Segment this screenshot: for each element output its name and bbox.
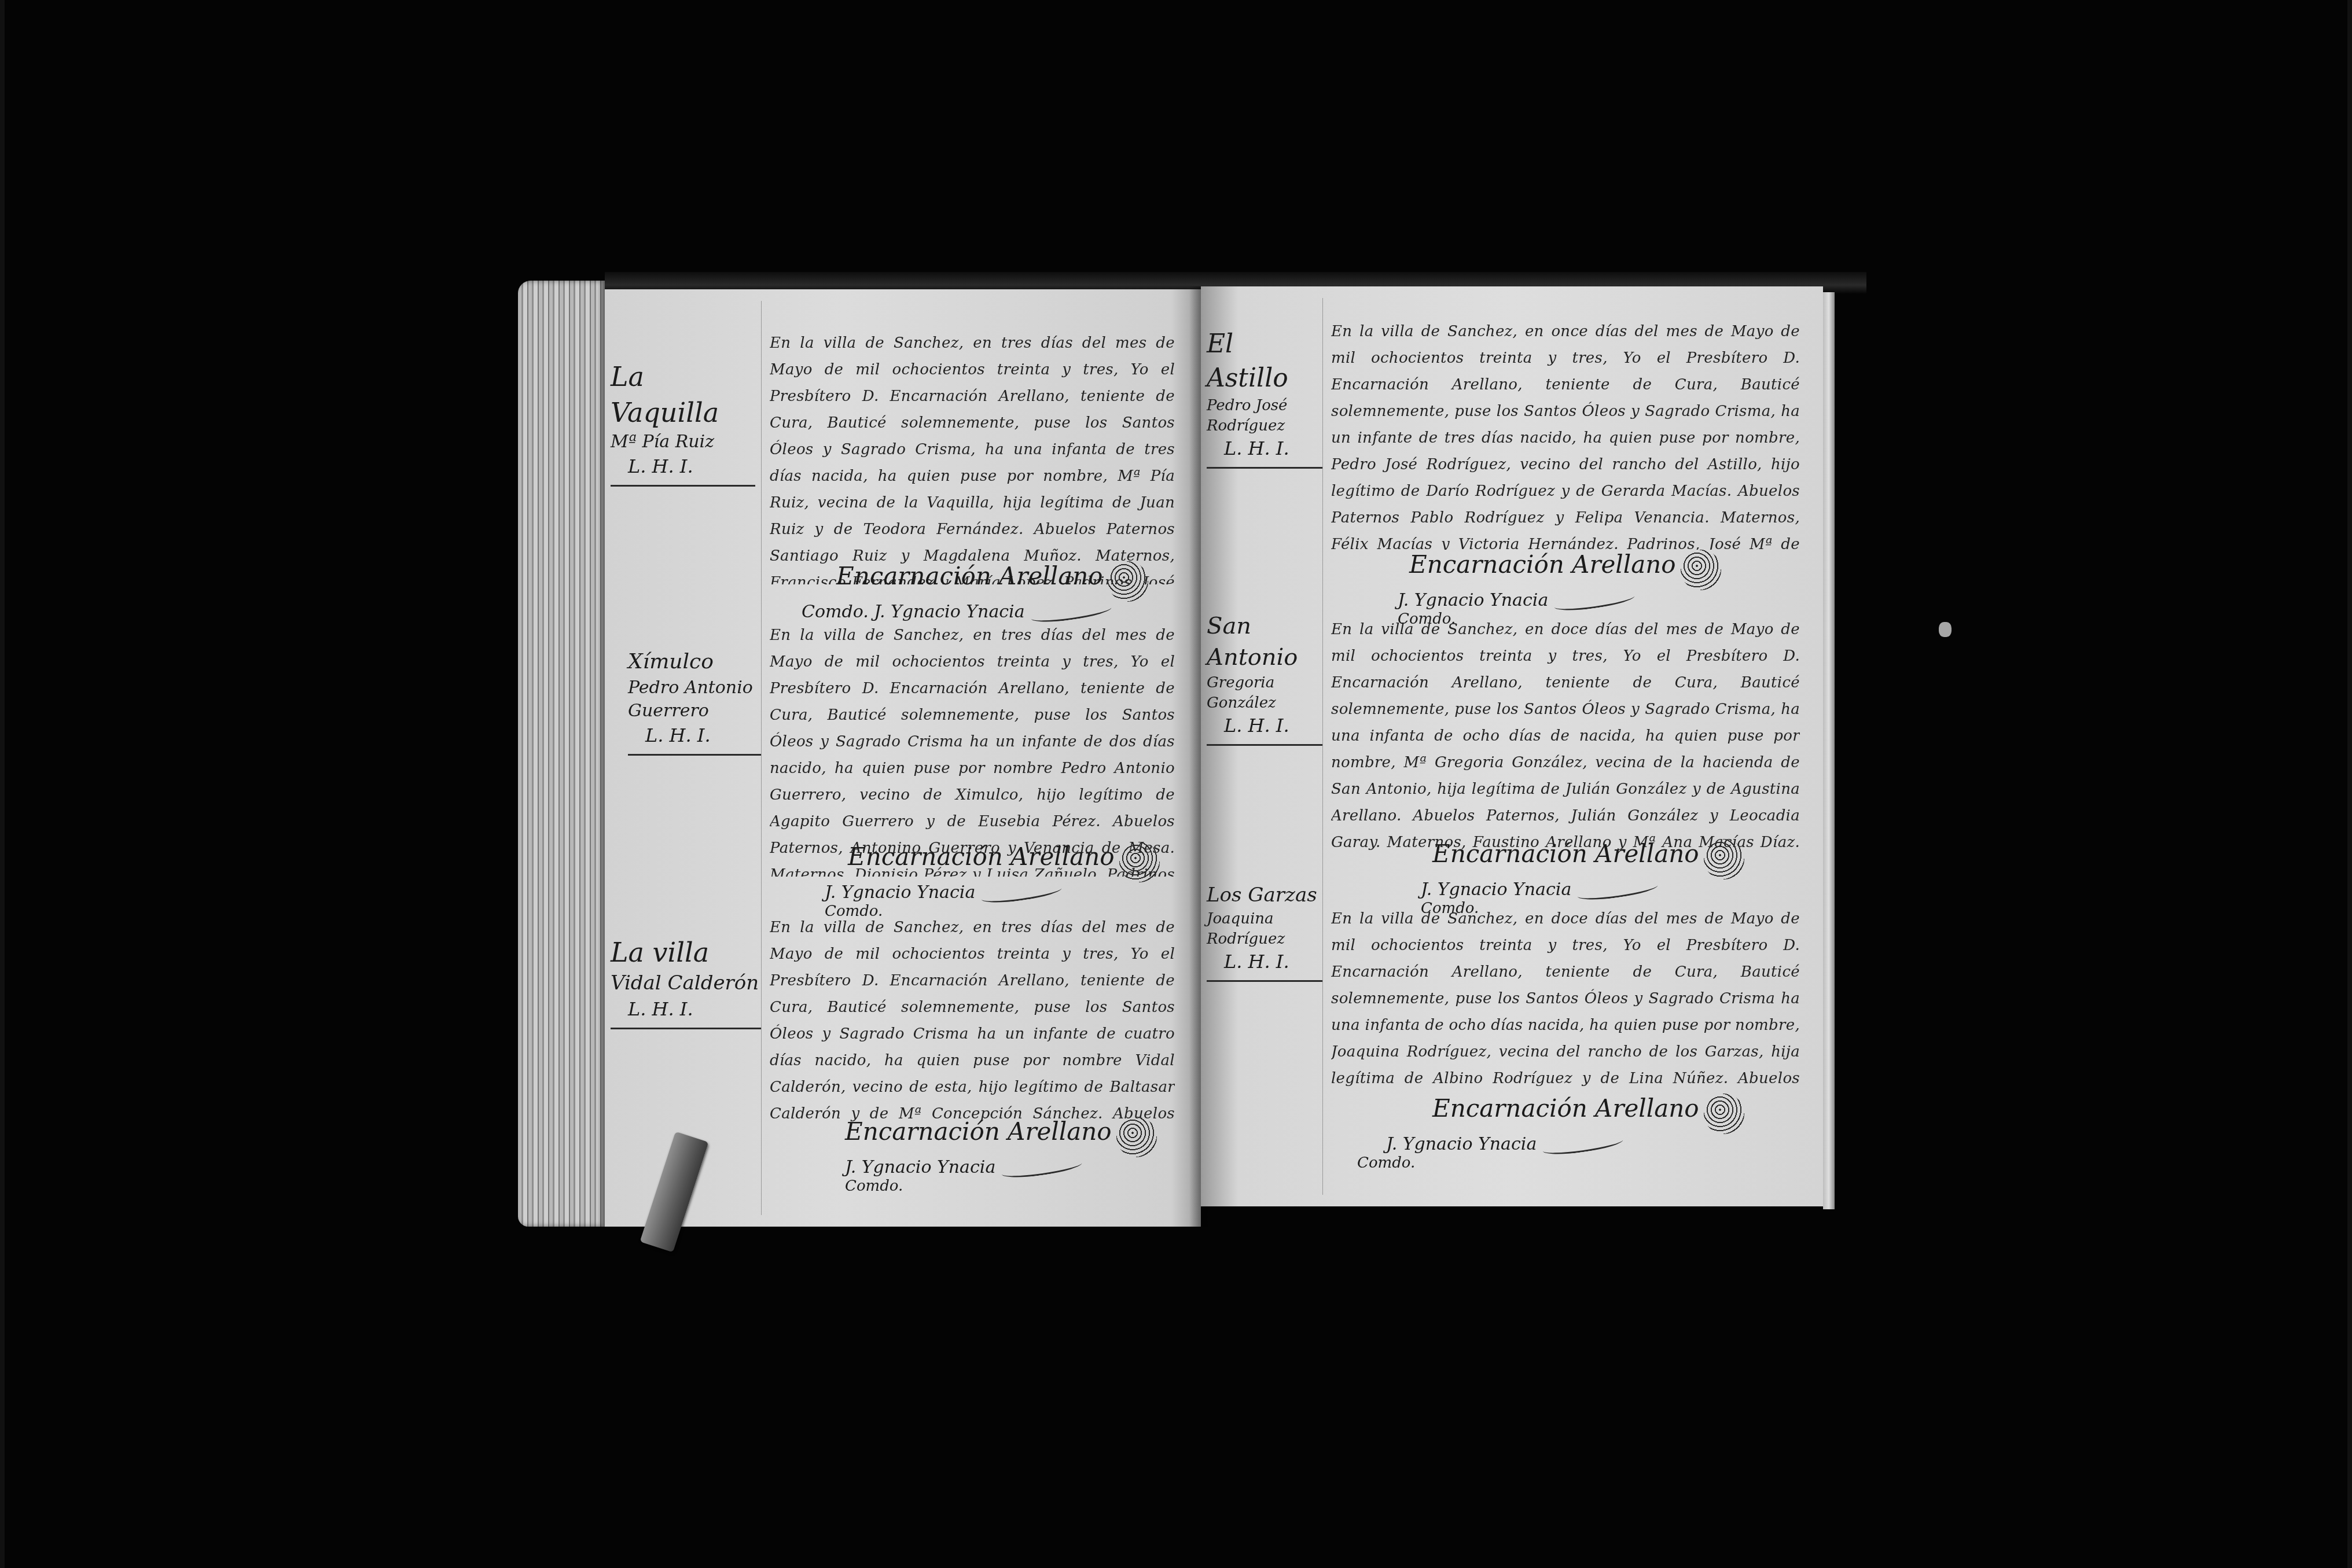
clerk-title: Comdo. xyxy=(802,602,869,622)
entry-text: En la villa de Sanchez, en doce días del… xyxy=(1331,906,1800,1096)
margin-baptized-name: Joaquina Rodríguez xyxy=(1207,909,1322,949)
rubric-flourish-icon xyxy=(1704,839,1744,879)
entry-body: En la villa de Sanchez, en doce días del… xyxy=(1331,621,1800,859)
priest-signature: Encarnación Arellano xyxy=(836,562,1103,590)
margin-rule xyxy=(761,301,762,1215)
rubric-flourish-icon xyxy=(1119,842,1160,882)
margin-place: El Astillo xyxy=(1207,327,1322,396)
signature-block: Encarnación Arellano Comdo. J. Ygnacio Y… xyxy=(836,561,1148,622)
entry-body: En la villa de Sanchez, en tres días del… xyxy=(770,627,1175,877)
margin-place: San Antonio xyxy=(1207,610,1322,673)
clerk-name: J. Ygnacio Ynacia xyxy=(845,1157,995,1177)
margin-book-ref: L. H. I. xyxy=(1207,949,1322,974)
clerk-name: J. Ygnacio Ynacia xyxy=(825,882,975,903)
clerk-signature: J. Ygnacio Ynacia xyxy=(1398,590,1721,610)
margin-baptized-name: Mª Pía Ruiz xyxy=(611,430,755,454)
clerk-name: J. Ygnacio Ynacia xyxy=(1421,879,1571,900)
rubric-flourish-icon xyxy=(1704,1094,1744,1134)
clerk-name: J. Ygnacio Ynacia xyxy=(1386,1134,1537,1154)
margin-baptized-name: Pedro Antonio Guerrero xyxy=(628,676,761,723)
paraph-icon xyxy=(1553,589,1636,613)
entry-body: En la villa de Sanchez, en doce días del… xyxy=(1331,910,1800,1096)
page-block-edge xyxy=(518,281,605,1227)
clerk-title: Comdo. xyxy=(1357,1154,1744,1172)
margin-baptized-name: Vidal Calderón xyxy=(611,970,761,997)
entry-text: En la villa de Sanchez, en tres días del… xyxy=(770,330,1175,584)
clerk-name: J. Ygnacio Ynacia xyxy=(874,602,1024,622)
film-dust-speck xyxy=(1939,622,1952,637)
rubric-flourish-icon xyxy=(1108,561,1148,602)
rubric-flourish-icon xyxy=(1116,1117,1157,1157)
margin-divider xyxy=(1207,980,1322,982)
margin-note: Los Garzas Joaquina Rodríguez L. H. I. xyxy=(1207,882,1322,982)
entry-text: En la villa de Sanchez, en tres días del… xyxy=(770,914,1175,1128)
paraph-icon xyxy=(1542,1133,1624,1157)
entry-text: En la villa de Sanchez, en doce días del… xyxy=(1331,616,1800,859)
margin-place: Los Garzas xyxy=(1207,882,1322,909)
margin-book-ref: L. H. I. xyxy=(1207,436,1322,461)
margin-book-ref: L. H. I. xyxy=(628,723,761,748)
rubric-flourish-icon xyxy=(1681,550,1721,590)
margin-note: San Antonio Gregoria González L. H. I. xyxy=(1207,610,1322,746)
margin-note: El Astillo Pedro José Rodríguez L. H. I. xyxy=(1207,327,1322,469)
entry-body: En la villa de Sanchez, en tres días del… xyxy=(770,919,1175,1128)
clerk-signature: Comdo. J. Ygnacio Ynacia xyxy=(802,602,1148,622)
margin-rule xyxy=(1322,298,1323,1195)
margin-note: La villa Vidal Calderón L. H. I. xyxy=(611,934,761,1029)
margin-divider xyxy=(611,1028,761,1029)
clerk-name: J. Ygnacio Ynacia xyxy=(1398,590,1548,610)
entry-body: En la villa de Sanchez, en tres días del… xyxy=(770,334,1175,584)
clerk-title: Comdo. xyxy=(845,1177,1157,1195)
clerk-signature: J. Ygnacio Ynacia xyxy=(1386,1134,1744,1154)
margin-place: La Vaquilla xyxy=(611,359,755,430)
priest-signature: Encarnación Arellano xyxy=(848,842,1115,871)
entry-body: En la villa de Sanchez, en once días del… xyxy=(1331,323,1800,550)
left-page: La Vaquilla Mª Pía Ruiz L. H. I. En la v… xyxy=(605,289,1201,1227)
margin-divider xyxy=(611,485,755,487)
signature-block: Encarnación Arellano J. Ygnacio Ynacia C… xyxy=(1432,1094,1744,1172)
priest-signature: Encarnación Arellano xyxy=(1409,550,1676,579)
signature-block: Encarnación Arellano J. Ygnacio Ynacia C… xyxy=(848,842,1160,920)
priest-signature: Encarnación Arellano xyxy=(1432,1094,1699,1122)
signature-block: Encarnación Arellano J. Ygnacio Ynacia C… xyxy=(845,1117,1157,1195)
right-page: El Astillo Pedro José Rodríguez L. H. I.… xyxy=(1201,286,1823,1206)
margin-book-ref: L. H. I. xyxy=(1207,713,1322,738)
paraph-icon xyxy=(980,881,1063,906)
clerk-signature: J. Ygnacio Ynacia xyxy=(1421,879,1744,900)
margin-divider xyxy=(1207,744,1322,746)
margin-divider xyxy=(628,754,761,756)
entry-text: En la villa de Sanchez, en once días del… xyxy=(1331,318,1800,550)
margin-note: La Vaquilla Mª Pía Ruiz L. H. I. xyxy=(611,359,755,487)
margin-place: La villa xyxy=(611,934,761,970)
margin-baptized-name: Pedro José Rodríguez xyxy=(1207,396,1322,436)
margin-place: Xímulco xyxy=(628,648,761,676)
priest-signature: Encarnación Arellano xyxy=(1432,840,1699,868)
clerk-signature: J. Ygnacio Ynacia xyxy=(825,882,1160,903)
entry-text: En la villa de Sanchez, en tres días del… xyxy=(770,622,1175,877)
open-register-book: La Vaquilla Mª Pía Ruiz L. H. I. En la v… xyxy=(518,272,1898,1232)
paraph-icon xyxy=(1576,878,1659,903)
margin-baptized-name: Gregoria González xyxy=(1207,673,1322,713)
margin-note: Xímulco Pedro Antonio Guerrero L. H. I. xyxy=(628,648,761,756)
film-edge-left xyxy=(0,0,5,1568)
margin-book-ref: L. H. I. xyxy=(611,997,761,1022)
clerk-signature: J. Ygnacio Ynacia xyxy=(845,1157,1157,1177)
margin-book-ref: L. H. I. xyxy=(611,454,755,479)
paraph-icon xyxy=(1030,601,1112,625)
margin-divider xyxy=(1207,467,1322,469)
right-page-edge xyxy=(1823,292,1835,1209)
film-edge-right xyxy=(2347,0,2352,1568)
paraph-icon xyxy=(1001,1156,1083,1180)
priest-signature: Encarnación Arellano xyxy=(845,1117,1112,1146)
microfilm-viewer: La Vaquilla Mª Pía Ruiz L. H. I. En la v… xyxy=(0,0,2352,1568)
